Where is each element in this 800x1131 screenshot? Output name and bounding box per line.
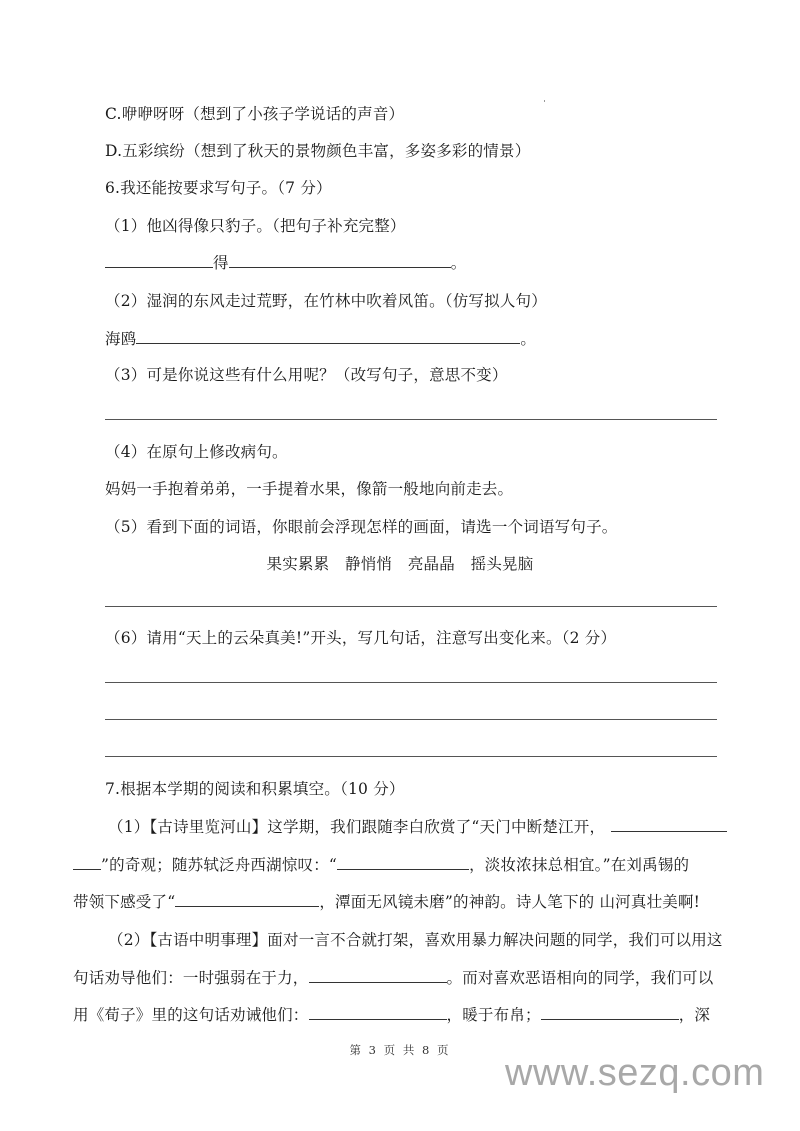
q6-3-answer-line[interactable]: [105, 419, 717, 420]
exam-page: C.咿咿呀呀（想到了小孩子学说话的声音） D.五彩缤纷（想到了秋天的景物颜色丰富…: [0, 0, 800, 1131]
q7-2-blank-2[interactable]: [309, 1005, 447, 1020]
q7-2-line-3: 用《荀子》里的这句话劝诫他们：，暖于布帛；，深: [73, 1005, 710, 1025]
q6-5-word-list: 果实累累 静悄悄 亮晶晶 摇头晃脑: [0, 554, 800, 574]
q7-2-text: 。而对喜欢恶语相向的同学，我们可以: [447, 969, 714, 987]
q7-1-text: ”的奇观；随苏轼泛舟西湖惊叹：“: [101, 856, 337, 874]
question-7-title: 7.根据本学期的阅读和积累填空。（10 分）: [105, 779, 405, 799]
q7-1-text: （1）【古诗里览河山】这学期，我们跟随李白欣赏了“天门中断楚江开，: [108, 818, 605, 836]
q6-1-prompt: （1）他凶得像只豹子。（把句子补充完整）: [105, 216, 406, 236]
q6-5-word: 摇头晃脑: [471, 555, 534, 573]
option-d: D.五彩缤纷（想到了秋天的景物颜色丰富，多姿多彩的情景）: [105, 141, 530, 161]
q6-2-prompt: （2）湿润的东风走过荒野，在竹林中吹着风笛。（仿写拟人句）: [105, 291, 547, 311]
q6-1-blank-predicate[interactable]: [229, 253, 451, 268]
q6-5-word: 静悄悄: [345, 555, 392, 573]
q7-2-text: 句话劝导他们：一时强弱在于力，: [73, 969, 309, 987]
q7-2-text: 用《荀子》里的这句话劝诫他们：: [73, 1006, 309, 1024]
q6-6-answer-line-3[interactable]: [105, 756, 717, 757]
q7-1-blank-1b[interactable]: [73, 855, 101, 870]
q7-1-blank-3[interactable]: [175, 892, 319, 907]
q7-1-blank-1a[interactable]: [611, 817, 727, 832]
q7-2-text: ，深: [679, 1006, 710, 1024]
q6-5-word: 果实累累: [267, 555, 330, 573]
q6-5-word: 亮晶晶: [408, 555, 455, 573]
q7-2-line-2: 句话劝导他们：一时强弱在于力，。而对喜欢恶语相向的同学，我们可以: [73, 968, 713, 988]
q7-2-blank-1[interactable]: [309, 968, 447, 983]
option-c: C.咿咿呀呀（想到了小孩子学说话的声音）: [105, 104, 404, 124]
q7-1-line-2: ”的奇观；随苏轼泛舟西湖惊叹：“，淡妆浓抹总相宜。”在刘禹锡的: [73, 855, 689, 875]
q7-1-text: ，潭面无风镜未磨”的神韵。诗人笔下的 山河真壮美啊!: [319, 893, 700, 911]
q6-1-end-punct: 。: [451, 254, 467, 272]
q7-1-text: 带领下感受了“: [73, 893, 175, 911]
q7-1-text: ，淡妆浓抹总相宜。”在刘禹锡的: [469, 856, 689, 874]
scan-speck: [544, 100, 545, 102]
q7-1-line-3: 带领下感受了“，潭面无风镜未磨”的神韵。诗人笔下的 山河真壮美啊!: [73, 892, 700, 912]
q6-2-answer-row: 海鸥。: [105, 329, 536, 349]
q6-4-prompt: （4）在原句上修改病句。: [105, 442, 288, 462]
q6-2-blank[interactable]: [136, 329, 520, 344]
q6-4-sentence[interactable]: 妈妈一手抱着弟弟，一手提着水果，像箭一般地向前走去。: [105, 479, 513, 499]
q7-1-line-1: （1）【古诗里览河山】这学期，我们跟随李白欣赏了“天门中断楚江开，: [108, 817, 727, 837]
q6-1-blank-subject[interactable]: [105, 253, 213, 268]
q6-3-prompt: （3）可是你说这些有什么用呢？（改写句子，意思不变）: [105, 365, 508, 385]
q6-1-answer-row: 得。: [105, 253, 466, 273]
q6-2-start-word: 海鸥: [105, 330, 136, 348]
q6-5-prompt: （5）看到下面的词语，你眼前会浮现怎样的画面，请选一个词语写句子。: [105, 517, 617, 537]
watermark: www.sezq.com: [505, 1052, 764, 1095]
q7-2-blank-3[interactable]: [541, 1005, 679, 1020]
q6-2-end-punct: 。: [520, 330, 536, 348]
question-6-title: 6.我还能按要求写句子。（7 分）: [105, 178, 332, 198]
q7-1-blank-2[interactable]: [337, 855, 469, 870]
q6-6-prompt: （6）请用“天上的云朵真美!”开头，写几句话，注意写出变化来。（2 分）: [105, 628, 616, 648]
q6-5-answer-line[interactable]: [105, 606, 717, 607]
q7-2-line-1: （2）【古语中明事理】面对一言不合就打架，喜欢用暴力解决问题的同学，我们可以用这: [108, 930, 723, 950]
q7-2-text: ，暖于布帛；: [447, 1006, 541, 1024]
q6-6-answer-line-2[interactable]: [105, 719, 717, 720]
q6-1-mid-word: 得: [213, 254, 229, 272]
q6-6-answer-line-1[interactable]: [105, 682, 717, 683]
